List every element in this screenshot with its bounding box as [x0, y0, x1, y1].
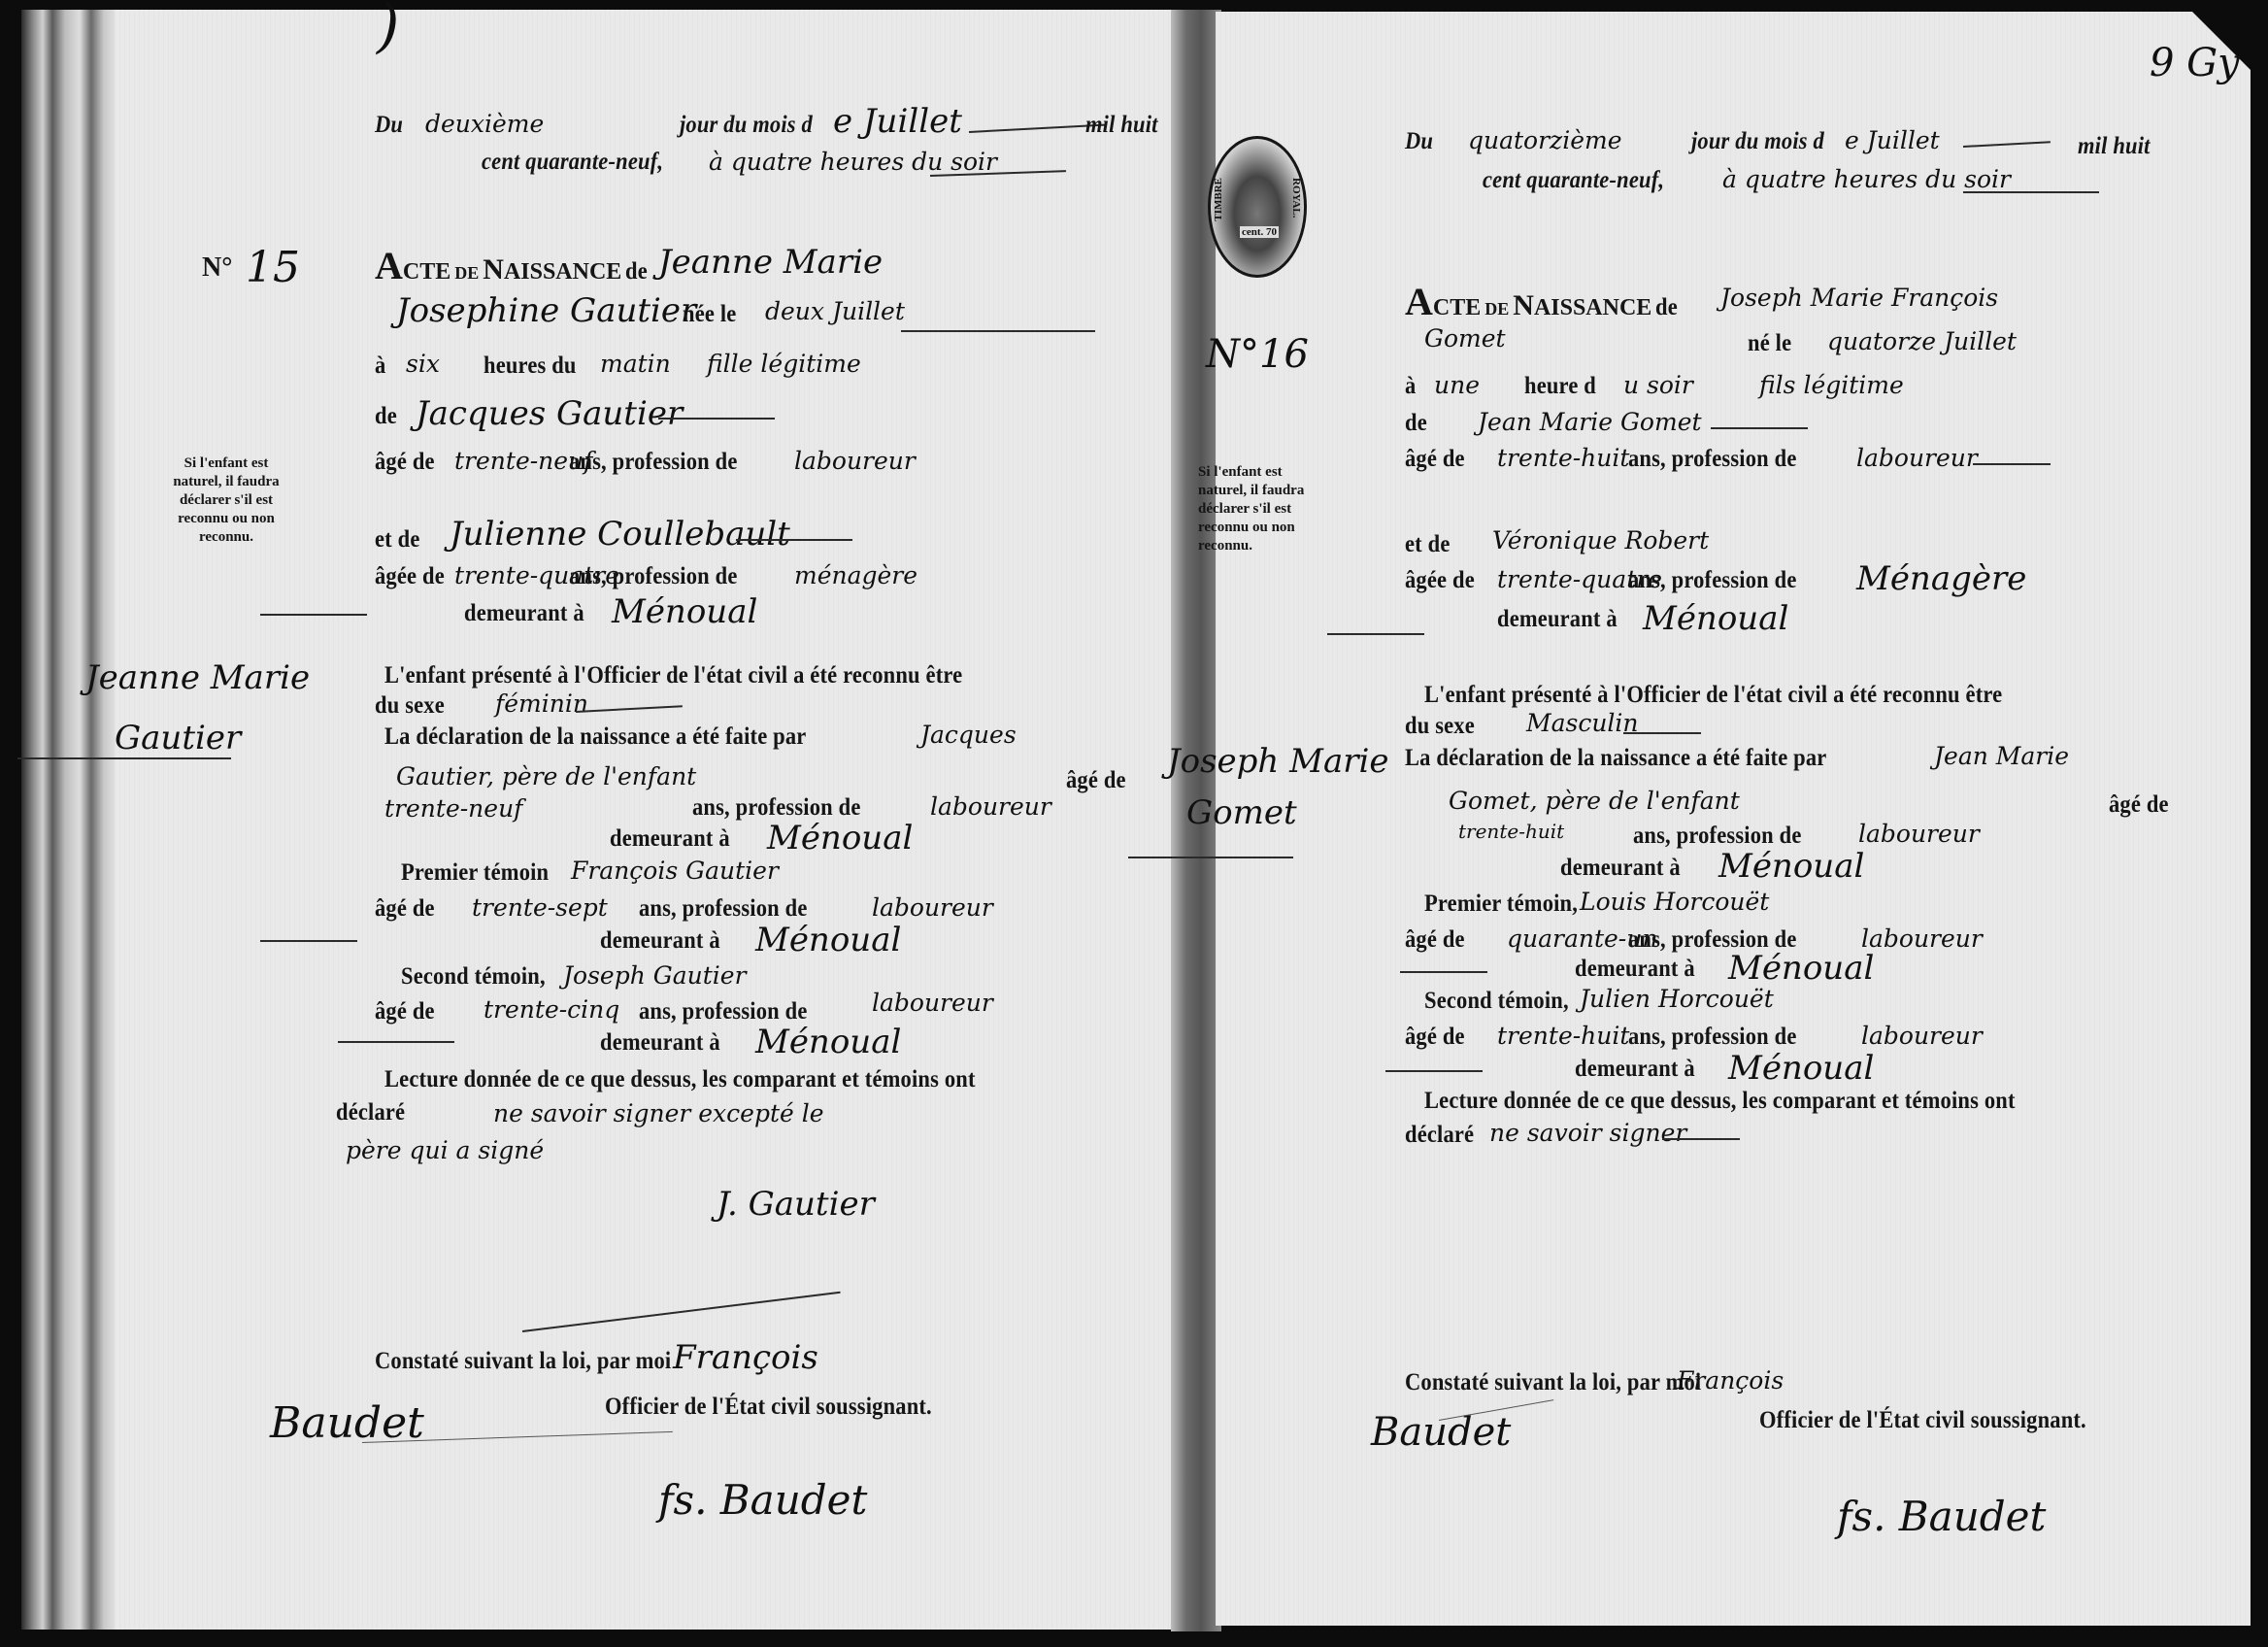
premier-temoin-label: Premier témoin, — [1424, 891, 1578, 918]
margin-child-name-line2: Gomet — [1186, 793, 1297, 832]
witness2-age-value: trente-cinq — [484, 995, 619, 1024]
age-de-label: âgé de — [375, 998, 435, 1025]
age-de-right-label: âgé de — [1066, 767, 1126, 794]
heure-suffix-value: u soir — [1623, 371, 1693, 399]
day-value: deuxième — [425, 110, 544, 138]
filiation-value: fille légitime — [707, 350, 861, 378]
declarant-age-value: trente-huit — [1458, 820, 1564, 843]
right-page: 9 Gy TIMBRE ROYAL. cent. 70 N°16 Du quat… — [1216, 12, 2251, 1626]
ne-le-label: né le — [1748, 330, 1791, 357]
fill-line — [1623, 732, 1701, 734]
mother-name-value: Véronique Robert — [1492, 526, 1709, 555]
declaration-content-line1: ne savoir signer — [1489, 1119, 1686, 1147]
act-number: N°16 — [1206, 332, 1309, 377]
heure-suffix-value: matin — [600, 350, 671, 378]
constate-text: Constaté suivant la loi, par moi — [375, 1348, 671, 1375]
declarant-profession-value: laboureur — [1858, 820, 1980, 848]
royal-tax-stamp: TIMBRE ROYAL. cent. 70 — [1208, 136, 1307, 278]
declarant-residence-value: Ménoual — [767, 819, 913, 857]
father-name-value: Jacques Gautier — [416, 394, 683, 433]
ans-profession-label: ans, profession de — [569, 449, 737, 476]
declaration-content-line1: ne savoir signer excepté le — [493, 1099, 824, 1127]
fill-line — [576, 705, 683, 713]
witness1-residence-value: Ménoual — [1728, 949, 1874, 988]
sex-value: féminin — [495, 689, 588, 718]
declarant-age-value: trente-neuf — [384, 794, 522, 823]
declare-label: déclaré — [336, 1099, 405, 1126]
declaration-text: La déclaration de la naissance a été fai… — [1405, 745, 1826, 772]
demeurant-label: demeurant à — [464, 600, 584, 627]
demeurant-label: demeurant à — [1575, 956, 1695, 983]
presented-text: L'enfant présenté à l'Officier de l'état… — [384, 662, 962, 689]
fill-line — [17, 757, 231, 759]
sex-value: Masculin — [1526, 709, 1639, 737]
ans-profession-label: ans, profession de — [639, 895, 807, 923]
ans-profession-label: ans, profession de — [639, 998, 807, 1025]
birth-hour-value: une — [1434, 371, 1480, 399]
father-signature: J. Gautier — [717, 1185, 875, 1224]
margin-note: Si l'enfant est naturel, il faudra décla… — [163, 454, 289, 547]
mother-profession-value: Ménagère — [1856, 559, 2026, 598]
declarant-value: Jean Marie — [1934, 742, 2069, 770]
fill-line — [736, 539, 852, 541]
officier-text: Officier de l'État civil soussignant. — [605, 1394, 932, 1421]
mother-profession-value: ménagère — [794, 561, 917, 589]
officer-firstname-value: François — [673, 1338, 818, 1377]
birth-date-value: quatorze Juillet — [1827, 327, 2017, 355]
declarant-value: Jacques — [920, 721, 1017, 749]
margin-child-name-line2: Gautier — [115, 719, 241, 757]
act-title: ACTE DE NAISSANCE de — [1405, 279, 1681, 324]
mil-huit-label: mil huit — [2078, 133, 2151, 160]
hour-value: à quatre heures du soir — [1722, 165, 2011, 193]
fill-line — [1400, 971, 1487, 973]
fill-line — [901, 330, 1095, 332]
witness1-name-value: François Gautier — [571, 857, 779, 885]
officier-text: Officier de l'État civil soussignant. — [1759, 1407, 2086, 1434]
age-de-label: âgé de — [1405, 1024, 1465, 1051]
demeurant-label: demeurant à — [1575, 1056, 1695, 1083]
ans-profession-label: ans, profession de — [1633, 823, 1801, 850]
fill-line — [1963, 141, 2051, 148]
act-number: 15 — [246, 243, 300, 292]
fill-line — [1128, 857, 1293, 858]
premier-temoin-label: Premier témoin — [401, 859, 549, 887]
jour-du-mois-label: jour du mois d — [1691, 128, 1824, 155]
witness2-name-value: Julien Horcouët — [1580, 985, 1774, 1013]
fill-line — [969, 124, 1105, 133]
witness2-age-value: trente-huit — [1497, 1022, 1629, 1050]
du-sexe-label: du sexe — [1405, 713, 1475, 740]
witness2-profession-value: laboureur — [1861, 1022, 1983, 1050]
presented-text: L'enfant présenté à l'Officier de l'état… — [1424, 682, 2002, 709]
witness2-residence-value: Ménoual — [1728, 1049, 1874, 1088]
month-value: e Juillet — [833, 102, 962, 141]
flourish: ) — [377, 0, 399, 60]
ans-profession-label: ans, profession de — [569, 563, 737, 590]
demeurant-label: demeurant à — [600, 927, 720, 955]
du-sexe-label: du sexe — [375, 692, 445, 720]
fill-line — [260, 940, 357, 942]
witness2-profession-value: laboureur — [872, 989, 993, 1017]
a-label: à — [1405, 373, 1416, 400]
fill-line — [658, 418, 775, 420]
margin-child-name-line1: Joseph Marie — [1167, 742, 1388, 781]
constate-text: Constaté suivant la loi, par moi — [1405, 1369, 1701, 1396]
age-de-right-label: âgé de — [2109, 791, 2169, 819]
declaration-text: La déclaration de la naissance a été fai… — [384, 723, 806, 751]
lecture-text: Lecture donnée de ce que dessus, les com… — [384, 1066, 976, 1093]
birth-hour-value: six — [406, 350, 440, 378]
ans-profession-label: ans, profession de — [1628, 567, 1796, 594]
month-value: e Juillet — [1845, 126, 1940, 154]
mil-huit-label: mil huit — [1085, 112, 1158, 139]
age-de-label: âgé de — [1405, 926, 1465, 954]
father-profession-value: laboureur — [794, 447, 916, 475]
fill-line — [1662, 1138, 1740, 1140]
witness2-name-value: Joseph Gautier — [563, 961, 747, 990]
age-de-label: âgé de — [1405, 446, 1465, 473]
fill-line — [1973, 463, 2051, 465]
officer-signature: fs. Baudet — [658, 1476, 867, 1524]
child-name-line1: Joseph Marie François — [1720, 284, 1998, 312]
margin-child-name-line1: Jeanne Marie — [85, 658, 310, 697]
witness1-residence-value: Ménoual — [755, 921, 901, 959]
ans-profession-label: ans, profession de — [1628, 1024, 1796, 1051]
hour-value: à quatre heures du soir — [709, 148, 997, 176]
left-page: ) Du deuxième jour du mois d e Juillet m… — [115, 10, 1179, 1630]
residence-value: Ménoual — [612, 592, 757, 631]
act-title: ACTE DE NAISSANCE de — [375, 243, 650, 288]
heure-label: heures du — [484, 353, 577, 380]
ans-profession-label: ans, profession de — [692, 794, 860, 822]
officer-signature-left: Baudet — [1371, 1410, 1511, 1455]
du-label: Du — [375, 112, 403, 139]
father-age-value: trente-huit — [1497, 444, 1629, 472]
et-de-label: et de — [1405, 531, 1451, 558]
a-label: à — [375, 353, 385, 380]
declare-label: déclaré — [1405, 1122, 1474, 1149]
demeurant-label: demeurant à — [610, 825, 730, 853]
second-temoin-label: Second témoin, — [1424, 988, 1569, 1015]
officer-signature: fs. Baudet — [1837, 1493, 2046, 1540]
child-name-line2: Josephine Gautier — [396, 291, 696, 330]
day-value: quatorzième — [1468, 126, 1622, 154]
act-number-label: N° — [202, 252, 232, 284]
agee-de-label: âgée de — [375, 563, 445, 590]
child-name-line1: Jeanne Marie — [658, 243, 883, 282]
second-temoin-label: Second témoin, — [401, 963, 546, 991]
age-de-label: âgé de — [375, 449, 435, 476]
declarant-profession-value: laboureur — [930, 792, 1051, 821]
witness1-age-value: trente-sept — [472, 893, 608, 922]
residence-value: Ménoual — [1643, 599, 1788, 638]
father-de-label: de — [1405, 410, 1427, 437]
fill-line — [1327, 633, 1424, 635]
mother-name-value: Julienne Coullebault — [450, 515, 790, 554]
page-number-annotation: 9 Gy — [2150, 41, 2240, 85]
fill-line — [1385, 1070, 1483, 1072]
demeurant-label: demeurant à — [1497, 606, 1618, 633]
filiation-value: fils légitime — [1759, 371, 1904, 399]
declarant-line2-value: Gomet, père de l'enfant — [1449, 787, 1740, 815]
fill-line — [1711, 427, 1808, 429]
declarant-line2-value: Gautier, père de l'enfant — [396, 762, 696, 790]
child-name-line2: Gomet — [1424, 324, 1506, 353]
book-page-edges — [21, 10, 118, 1630]
nee-le-label: née le — [683, 301, 736, 328]
witness1-name-value: Louis Horcouët — [1580, 888, 1769, 916]
ans-profession-label: ans, profession de — [1628, 446, 1796, 473]
lecture-text: Lecture donnée de ce que dessus, les com… — [1424, 1088, 2016, 1115]
et-de-label: et de — [375, 526, 420, 554]
father-profession-value: laboureur — [1856, 444, 1978, 472]
fill-line — [1963, 191, 2099, 193]
cent-quarante-neuf-label: cent quarante-neuf, — [482, 149, 663, 176]
declaration-content-line2: père qui a signé — [346, 1136, 544, 1164]
declarant-residence-value: Ménoual — [1718, 847, 1864, 886]
demeurant-label: demeurant à — [1560, 855, 1681, 882]
age-de-label: âgé de — [375, 895, 435, 923]
father-de-label: de — [375, 403, 397, 430]
birth-date-value: deux Juillet — [765, 297, 905, 325]
heure-label: heure d — [1524, 373, 1596, 400]
officer-firstname-value: François — [1677, 1366, 1784, 1395]
fill-line — [260, 614, 367, 616]
du-label: Du — [1405, 128, 1433, 155]
jour-du-mois-label: jour du mois d — [680, 112, 813, 139]
fill-line — [522, 1292, 841, 1332]
cent-quarante-neuf-label: cent quarante-neuf, — [1483, 167, 1664, 194]
witness2-residence-value: Ménoual — [755, 1023, 901, 1061]
witness1-profession-value: laboureur — [1861, 924, 1983, 953]
father-name-value: Jean Marie Gomet — [1478, 408, 1702, 436]
fill-line — [338, 1041, 454, 1043]
demeurant-label: demeurant à — [600, 1029, 720, 1057]
margin-note: Si l'enfant est naturel, il faudra décla… — [1198, 463, 1334, 555]
agee-de-label: âgée de — [1405, 567, 1475, 594]
witness1-profession-value: laboureur — [872, 893, 993, 922]
